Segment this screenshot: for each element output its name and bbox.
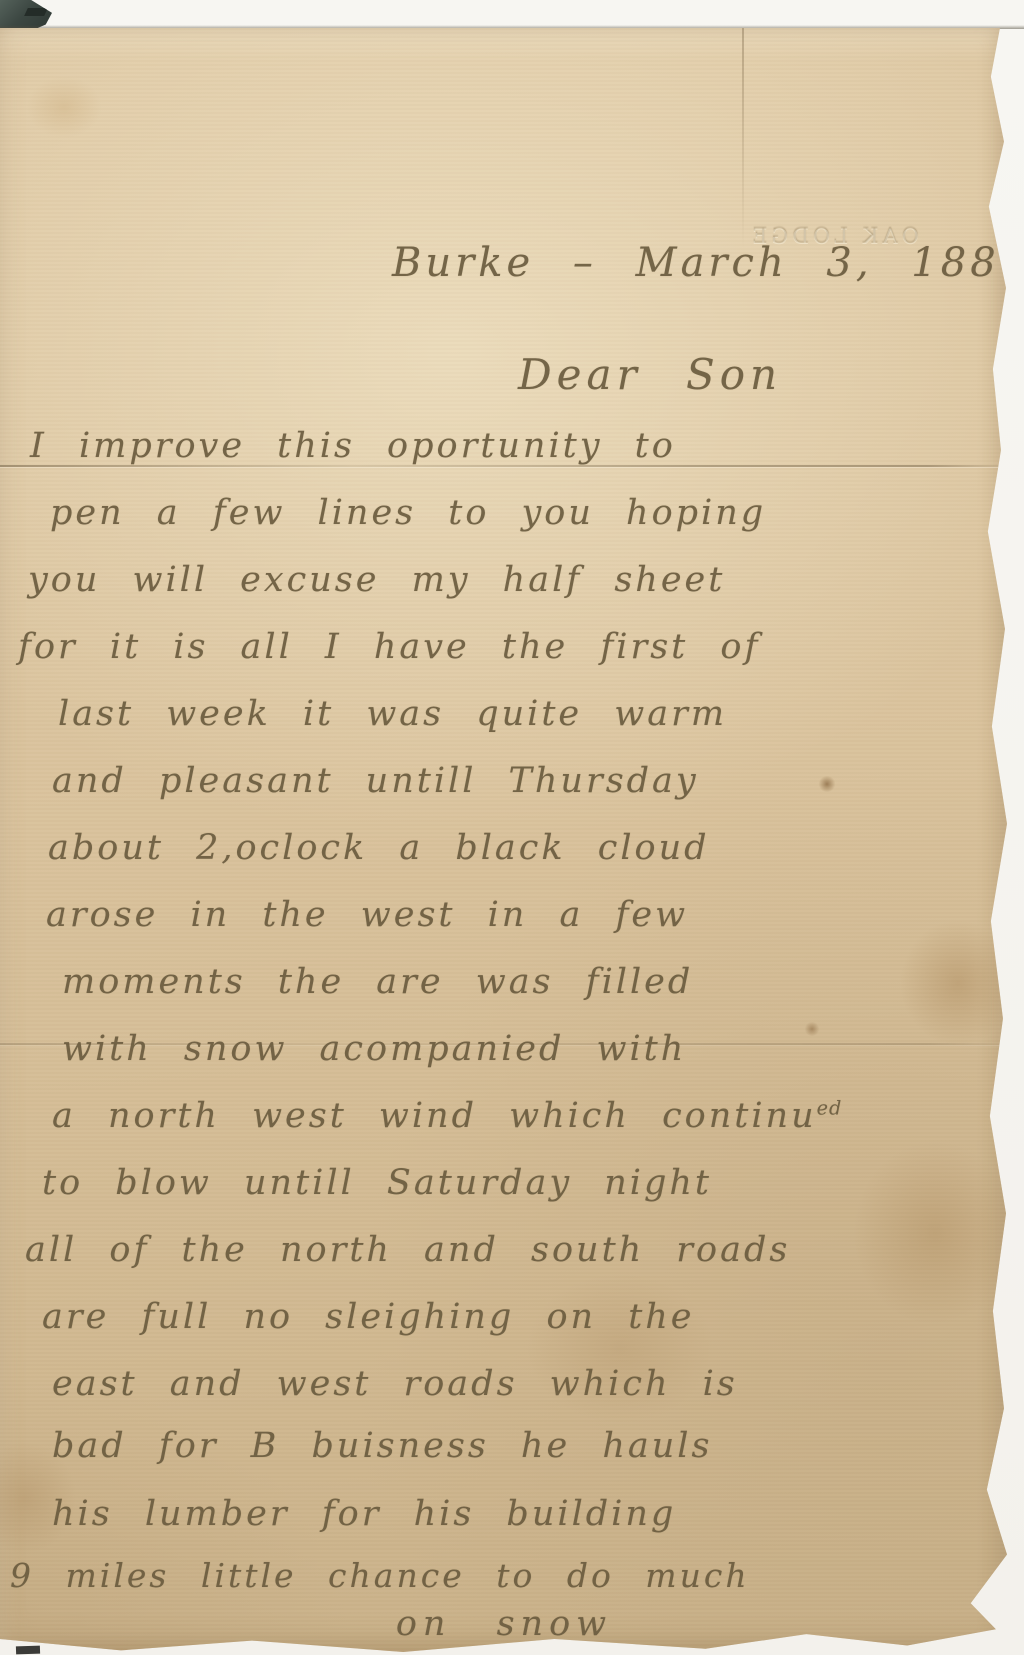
letter-line-19: on snow (0, 1604, 1008, 1644)
paper-stain (804, 1022, 820, 1036)
letter-line-16: bad for B buisness he hauls (52, 1426, 712, 1466)
letter-line-11: a north west wind which continued (52, 1096, 842, 1136)
letter-line-1: I improve this oportunity to (30, 426, 676, 466)
letter-line-13: all of the north and south roads (25, 1230, 790, 1270)
paper-stain (24, 74, 104, 140)
letter-line-10: with snow acompanied with (62, 1029, 686, 1069)
salutation: Dear Son (518, 350, 782, 399)
fold-crease-vertical (742, 28, 744, 248)
letter-line-14: are full no sleighing on the (42, 1297, 695, 1337)
paper-stain (818, 776, 836, 792)
scan-artifact-mark (16, 1646, 40, 1655)
letter-line-6: and pleasant untill Thursday (52, 761, 699, 801)
paper-stain (520, 1268, 720, 1428)
letter-line-8: arose in the west in a few (46, 895, 688, 935)
dateline: Burke – March 3, 1884 (392, 240, 1015, 286)
letter-line-12: to blow untill Saturday night (42, 1163, 712, 1203)
binder-clip-notch (24, 8, 48, 16)
letter-line-18: 9 miles little chance to do much (10, 1556, 750, 1595)
letter-line-3: you will excuse my half sheet (28, 560, 725, 600)
paper-stain (850, 1138, 1020, 1328)
scanned-letter-page: OAK LODGE Burke – March 3, 1884 Dear Son… (0, 0, 1024, 1655)
letter-line-4: for it is all I have the first of (18, 627, 760, 667)
letter-line-17: his lumber for his building (52, 1494, 676, 1534)
salutation-text: Dear Son (518, 350, 782, 399)
letter-paper: OAK LODGE Burke – March 3, 1884 Dear Son… (0, 28, 1008, 1652)
letter-line-7: about 2,oclock a black cloud (48, 828, 710, 868)
letter-line-2: pen a few lines to you hoping (50, 493, 766, 533)
letter-line-9: moments the are was filled (62, 962, 693, 1002)
letter-line-5: last week it was quite warm (58, 694, 727, 734)
paper-stain (898, 918, 1018, 1048)
letter-line-15: east and west roads which is (52, 1364, 738, 1404)
dateline-text: Burke – March 3, 188 (392, 240, 1000, 286)
dateline-year-superscript: 4 (1000, 243, 1015, 268)
continued-superscript: ed (817, 1096, 843, 1119)
